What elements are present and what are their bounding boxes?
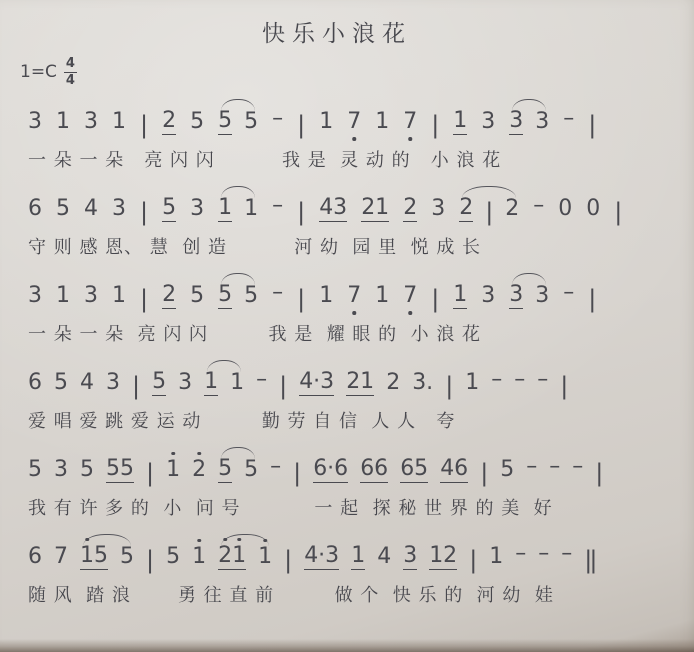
note-token: 5	[166, 546, 180, 570]
notation-line: 3131|2555–|1717|1333–|	[28, 275, 694, 309]
note-digit: 2	[505, 198, 519, 220]
note-token: 3.	[412, 372, 433, 396]
note-token: 1	[453, 284, 467, 309]
lyric-line: 一 朵 一 朵 亮 闪 闪 我 是 耀 眼 的 小 浪 花	[28, 320, 694, 349]
note-digit: 3	[112, 198, 126, 220]
note-digit: 3	[403, 545, 417, 567]
duration-dash: –	[572, 456, 583, 483]
note-token: 5	[244, 459, 258, 483]
note-token: 5	[218, 284, 232, 309]
note-digit: 5	[120, 546, 134, 568]
notation-line: 6543|5311–|4·32123.|1–––|	[28, 362, 694, 396]
note-digit: 2	[459, 197, 473, 219]
note-token: 2	[403, 197, 417, 222]
note-digit: 7	[347, 285, 361, 307]
note-token: 5	[162, 197, 176, 222]
note-token: 1	[319, 285, 333, 309]
barline: |	[588, 287, 596, 311]
note-token: 1	[375, 285, 389, 309]
octave-dot-above	[171, 452, 175, 456]
duration-dash: –	[526, 456, 537, 483]
score-system: 3131|2555–|1717|1333–|一 朵 一 朵 亮 闪 闪 我 是 …	[0, 101, 694, 175]
note-digit: 21	[361, 197, 389, 219]
duration-dash: –	[563, 282, 574, 309]
note-digit: 43	[319, 197, 347, 219]
note-token: 65	[400, 458, 428, 483]
double-barline: ||	[584, 548, 597, 572]
lyric-line: 一 朵 一 朵 亮 闪 闪 我 是 灵 动 的 小 浪 花	[28, 146, 694, 175]
duration-dash: –	[256, 369, 267, 396]
note-digit: 1	[230, 372, 244, 394]
note-digit: 3	[535, 111, 549, 133]
note-token: 1	[319, 111, 333, 135]
note-digit: 5	[244, 285, 258, 307]
duration-dash: –	[270, 456, 281, 483]
note-token: 21	[218, 545, 246, 570]
note-digit: 2	[192, 459, 206, 481]
note-digit: 4	[80, 372, 94, 394]
barline: |	[279, 374, 287, 398]
note-digit: 1	[80, 545, 94, 567]
note-digit: 3	[535, 285, 549, 307]
octave-dot-below	[352, 137, 356, 141]
note-digit: 3	[54, 459, 68, 481]
note-digit: 46	[440, 458, 468, 480]
note-digit: 3	[178, 372, 192, 394]
barline: |	[132, 374, 140, 398]
octave-dot-above	[223, 538, 227, 542]
note-token: 1	[56, 111, 70, 135]
lyric-line: 爱 唱 爱 跳 爱 运 动 勤 劳 自 信 人 人 夸	[28, 407, 694, 436]
note-digit: 6	[28, 546, 42, 568]
note-digit: 3	[509, 284, 523, 306]
duration-dash: –	[515, 543, 526, 570]
key-signature: 1=C 4 4	[20, 57, 694, 88]
barline: |	[293, 461, 301, 485]
note-token: 5	[500, 459, 514, 483]
notation-line: 6543|5311–|4321232|2–00|	[28, 188, 694, 222]
barline: |	[297, 287, 305, 311]
note-digit: 1	[112, 285, 126, 307]
barline: |	[140, 113, 148, 137]
time-signature-numerator: 4	[66, 57, 75, 71]
duration-dash: –	[538, 543, 549, 570]
note-token: 1	[112, 111, 126, 135]
barline: |	[588, 113, 596, 137]
barline: |	[445, 374, 453, 398]
note-token: 5	[28, 459, 42, 483]
score-system: 67155|51211|4·314312|1–––||随 风 踏 浪 勇 往 直…	[0, 536, 694, 610]
duration-dash: –	[272, 282, 283, 309]
note-token: 5	[244, 285, 258, 309]
song-title: 快乐小浪花	[0, 0, 684, 48]
note-token: 7	[347, 285, 361, 309]
note-token: 5	[80, 459, 94, 483]
note-token: 3	[178, 372, 192, 396]
note-digit: 5	[218, 458, 232, 480]
octave-dot-above	[197, 452, 201, 456]
notation-line: 3131|2555–|1717|1333–|	[28, 101, 694, 135]
note-token: 5	[218, 458, 232, 483]
note-token: 3	[28, 111, 42, 135]
tie-group: 33	[509, 110, 549, 135]
note-digit: 7	[347, 111, 361, 133]
note-token: 3	[535, 111, 549, 135]
note-digit: 5	[500, 459, 514, 481]
note-digit: 1	[453, 110, 467, 132]
note-digit: 5	[190, 111, 204, 133]
note-token: 21	[361, 197, 389, 222]
barline: |	[431, 113, 439, 137]
tie-group: 2|2	[459, 197, 519, 222]
note-digit: 6	[28, 198, 42, 220]
note-token: 1	[244, 198, 258, 222]
barline: |	[431, 287, 439, 311]
octave-dot-below	[408, 137, 412, 141]
note-digit: 7	[54, 546, 68, 568]
note-digit: 5	[218, 110, 232, 132]
barline: |	[140, 287, 148, 311]
note-token: 1	[112, 285, 126, 309]
note-digit: 1	[204, 371, 218, 393]
note-token: 2	[162, 284, 176, 309]
note-token: 43	[319, 197, 347, 222]
note-token: 5	[190, 111, 204, 135]
duration-dash: –	[533, 195, 544, 222]
note-digit: 65	[400, 458, 428, 480]
note-token: 1	[56, 285, 70, 309]
note-token: 3	[190, 198, 204, 222]
duration-dash: –	[514, 369, 525, 396]
note-token: 3	[431, 198, 445, 222]
notation-line: 53555|1255–|6·6666546|5–––|	[28, 449, 694, 483]
note-token: 1	[351, 545, 365, 570]
barline: |	[595, 461, 603, 485]
barline: |	[297, 113, 305, 137]
note-token: 1	[465, 372, 479, 396]
note-digit: 1	[489, 546, 503, 568]
sheet-paper: 快乐小浪花 1=C 4 4 3131|2555–|1717|1333–|一 朵 …	[0, 0, 694, 652]
note-token: 66	[360, 458, 388, 483]
note-digit: 4	[377, 546, 391, 568]
note-token: 3	[112, 198, 126, 222]
note-token: 1	[230, 372, 244, 396]
barline: |	[284, 548, 292, 572]
lyric-line: 我 有 许 多 的 小 问 号 一 起 探 秘 世 界 的 美 好	[28, 494, 694, 523]
note-digit: 1	[465, 372, 479, 394]
note-digit: 1	[375, 111, 389, 133]
note-digit: 0	[586, 198, 600, 220]
note-token: 21	[346, 371, 374, 396]
note-digit: 5	[94, 545, 108, 567]
note-token: 5	[218, 110, 232, 135]
note-digit: 21	[346, 371, 374, 393]
note-token: 2	[162, 110, 176, 135]
note-token: 6·6	[313, 458, 348, 483]
note-digit: 1	[112, 111, 126, 133]
duration-dash: –	[491, 369, 502, 396]
tie-group: 11	[204, 371, 244, 396]
lyric-line: 随 风 踏 浪 勇 往 直 前 做 个 快 乐 的 河 幼 娃	[28, 581, 694, 610]
note-digit: 3	[190, 198, 204, 220]
note-token: 5	[152, 371, 166, 396]
note-token: 2	[192, 459, 206, 483]
note-token: 3	[84, 285, 98, 309]
note-digit: 3	[481, 285, 495, 307]
score-system: 6543|5311–|4·32123.|1–––|爱 唱 爱 跳 爱 运 动 勤…	[0, 362, 694, 436]
score-system: 3131|2555–|1717|1333–|一 朵 一 朵 亮 闪 闪 我 是 …	[0, 275, 694, 349]
note-digit: 1	[244, 198, 258, 220]
note-digit: 5	[28, 459, 42, 481]
barline: |	[140, 200, 148, 224]
duration-dash: –	[537, 369, 548, 396]
note-digit: 4	[84, 198, 98, 220]
note-token: 55	[106, 458, 134, 483]
note-digit: 5	[244, 111, 258, 133]
time-signature-denominator: 4	[66, 74, 75, 88]
duration-dash: –	[272, 108, 283, 135]
note-token: 6	[28, 372, 42, 396]
octave-dot-below	[352, 311, 356, 315]
note-digit: 3	[431, 198, 445, 220]
note-token: 3	[106, 372, 120, 396]
note-token: 15	[80, 545, 108, 570]
note-digit: 5	[190, 285, 204, 307]
note-digit: 4·3	[304, 545, 339, 567]
octave-dot-above	[263, 539, 267, 543]
notation-line: 67155|51211|4·314312|1–––||	[28, 536, 694, 570]
octave-dot-above	[237, 538, 241, 542]
note-digit: 5	[162, 197, 176, 219]
note-digit: 5	[166, 546, 180, 568]
note-digit: 2	[162, 110, 176, 132]
note-digit: 12	[429, 545, 457, 567]
note-digit: 1	[192, 546, 206, 568]
note-token: 3	[481, 111, 495, 135]
score-system: 53555|1255–|6·6666546|5–––|我 有 许 多 的 小 问…	[0, 449, 694, 523]
score-systems: 3131|2555–|1717|1333–|一 朵 一 朵 亮 闪 闪 我 是 …	[0, 101, 694, 610]
note-digit: 1	[232, 545, 246, 567]
tie-group: 33	[509, 284, 549, 309]
note-token: 3	[509, 110, 523, 135]
note-digit: 7	[403, 111, 417, 133]
note-token: 3	[535, 285, 549, 309]
note-token: 4·3	[299, 371, 334, 396]
note-token: 1	[204, 371, 218, 396]
note-token: 3	[84, 111, 98, 135]
note-digit: 1	[375, 285, 389, 307]
rest-note: 0	[586, 198, 600, 222]
duration-dash: –	[272, 195, 283, 222]
note-token: 3	[403, 545, 417, 570]
note-digit: 3	[509, 110, 523, 132]
duration-dash: –	[563, 108, 574, 135]
note-digit: 1	[319, 111, 333, 133]
note-digit: 1	[166, 459, 180, 481]
note-token: 4	[377, 546, 391, 570]
note-token: 1	[489, 546, 503, 570]
note-digit: 1	[258, 546, 272, 568]
tie-group: 155	[80, 545, 134, 570]
note-token: 4·3	[304, 545, 339, 570]
note-token: 7	[403, 111, 417, 135]
barline: |	[614, 200, 622, 224]
note-digit: 5	[152, 371, 166, 393]
note-digit: 2	[218, 545, 232, 567]
note-digit: 1	[351, 545, 365, 567]
octave-dot-above	[85, 538, 89, 542]
octave-dot-below	[408, 311, 412, 315]
barline: |	[146, 548, 154, 572]
note-digit: 7	[403, 285, 417, 307]
note-digit: 3	[106, 372, 120, 394]
note-digit: 6	[28, 372, 42, 394]
note-token: 2	[459, 197, 473, 222]
note-digit: 3	[28, 111, 42, 133]
note-digit: 66	[360, 458, 388, 480]
note-token: 3	[481, 285, 495, 309]
photo-bottom-shadow	[0, 639, 694, 652]
tie-group: 55	[218, 458, 258, 483]
note-token: 1	[453, 110, 467, 135]
note-token: 5	[244, 111, 258, 135]
octave-dot-above	[197, 539, 201, 543]
note-token: 3	[509, 284, 523, 309]
note-token: 3	[28, 285, 42, 309]
note-token: 5	[56, 198, 70, 222]
note-digit: 1	[56, 285, 70, 307]
note-digit: 1	[453, 284, 467, 306]
note-token: 4	[84, 198, 98, 222]
barline: |	[146, 461, 154, 485]
note-token: 1	[218, 197, 232, 222]
lyric-line: 守 则 感 恩、 慧 创 造 河 幼 园 里 悦 成 长	[28, 233, 694, 262]
note-token: 1	[166, 459, 180, 483]
note-token: 12	[429, 545, 457, 570]
note-token: 5	[54, 372, 68, 396]
barline: |	[480, 461, 488, 485]
note-token: 1	[192, 546, 206, 570]
note-digit: 1	[56, 111, 70, 133]
tie-group: 211	[218, 545, 272, 570]
note-digit: 2	[162, 284, 176, 306]
tie-group: 55	[218, 284, 258, 309]
note-digit: 3	[84, 285, 98, 307]
barline: |	[469, 548, 477, 572]
note-token: 7	[347, 111, 361, 135]
note-token: 7	[403, 285, 417, 309]
tie-group: 11	[218, 197, 258, 222]
barline: |	[297, 200, 305, 224]
note-token: 1	[375, 111, 389, 135]
note-token: 6	[28, 198, 42, 222]
note-token: 7	[54, 546, 68, 570]
note-digit: 5	[244, 459, 258, 481]
note-token: 3	[54, 459, 68, 483]
note-token: 2	[505, 198, 519, 222]
note-digit: 5	[56, 198, 70, 220]
note-digit: 55	[106, 458, 134, 480]
note-token: 4	[80, 372, 94, 396]
note-digit: 1	[218, 197, 232, 219]
barline: |	[560, 374, 568, 398]
note-token: 46	[440, 458, 468, 483]
note-digit: 3	[481, 111, 495, 133]
duration-dash: –	[549, 456, 560, 483]
note-token: 5	[120, 546, 134, 570]
note-digit: 4·3	[299, 371, 334, 393]
barline: |	[485, 200, 493, 224]
note-digit: 5	[54, 372, 68, 394]
note-digit: 3.	[412, 372, 433, 394]
tie-group: 55	[218, 110, 258, 135]
note-digit: 2	[386, 372, 400, 394]
note-token: 2	[386, 372, 400, 396]
note-token: 6	[28, 546, 42, 570]
key-signature-label: 1=C	[20, 62, 57, 82]
note-digit: 5	[218, 284, 232, 306]
note-digit: 3	[28, 285, 42, 307]
note-digit: 6·6	[313, 458, 348, 480]
note-token: 5	[190, 285, 204, 309]
duration-dash: –	[561, 543, 572, 570]
note-digit: 5	[80, 459, 94, 481]
note-digit: 1	[319, 285, 333, 307]
score-system: 6543|5311–|4321232|2–00|守 则 感 恩、 慧 创 造 河…	[0, 188, 694, 262]
note-digit: 3	[84, 111, 98, 133]
note-digit: 0	[558, 198, 572, 220]
note-token: 1	[258, 546, 272, 570]
note-digit: 2	[403, 197, 417, 219]
rest-note: 0	[558, 198, 572, 222]
time-signature: 4 4	[64, 57, 77, 88]
